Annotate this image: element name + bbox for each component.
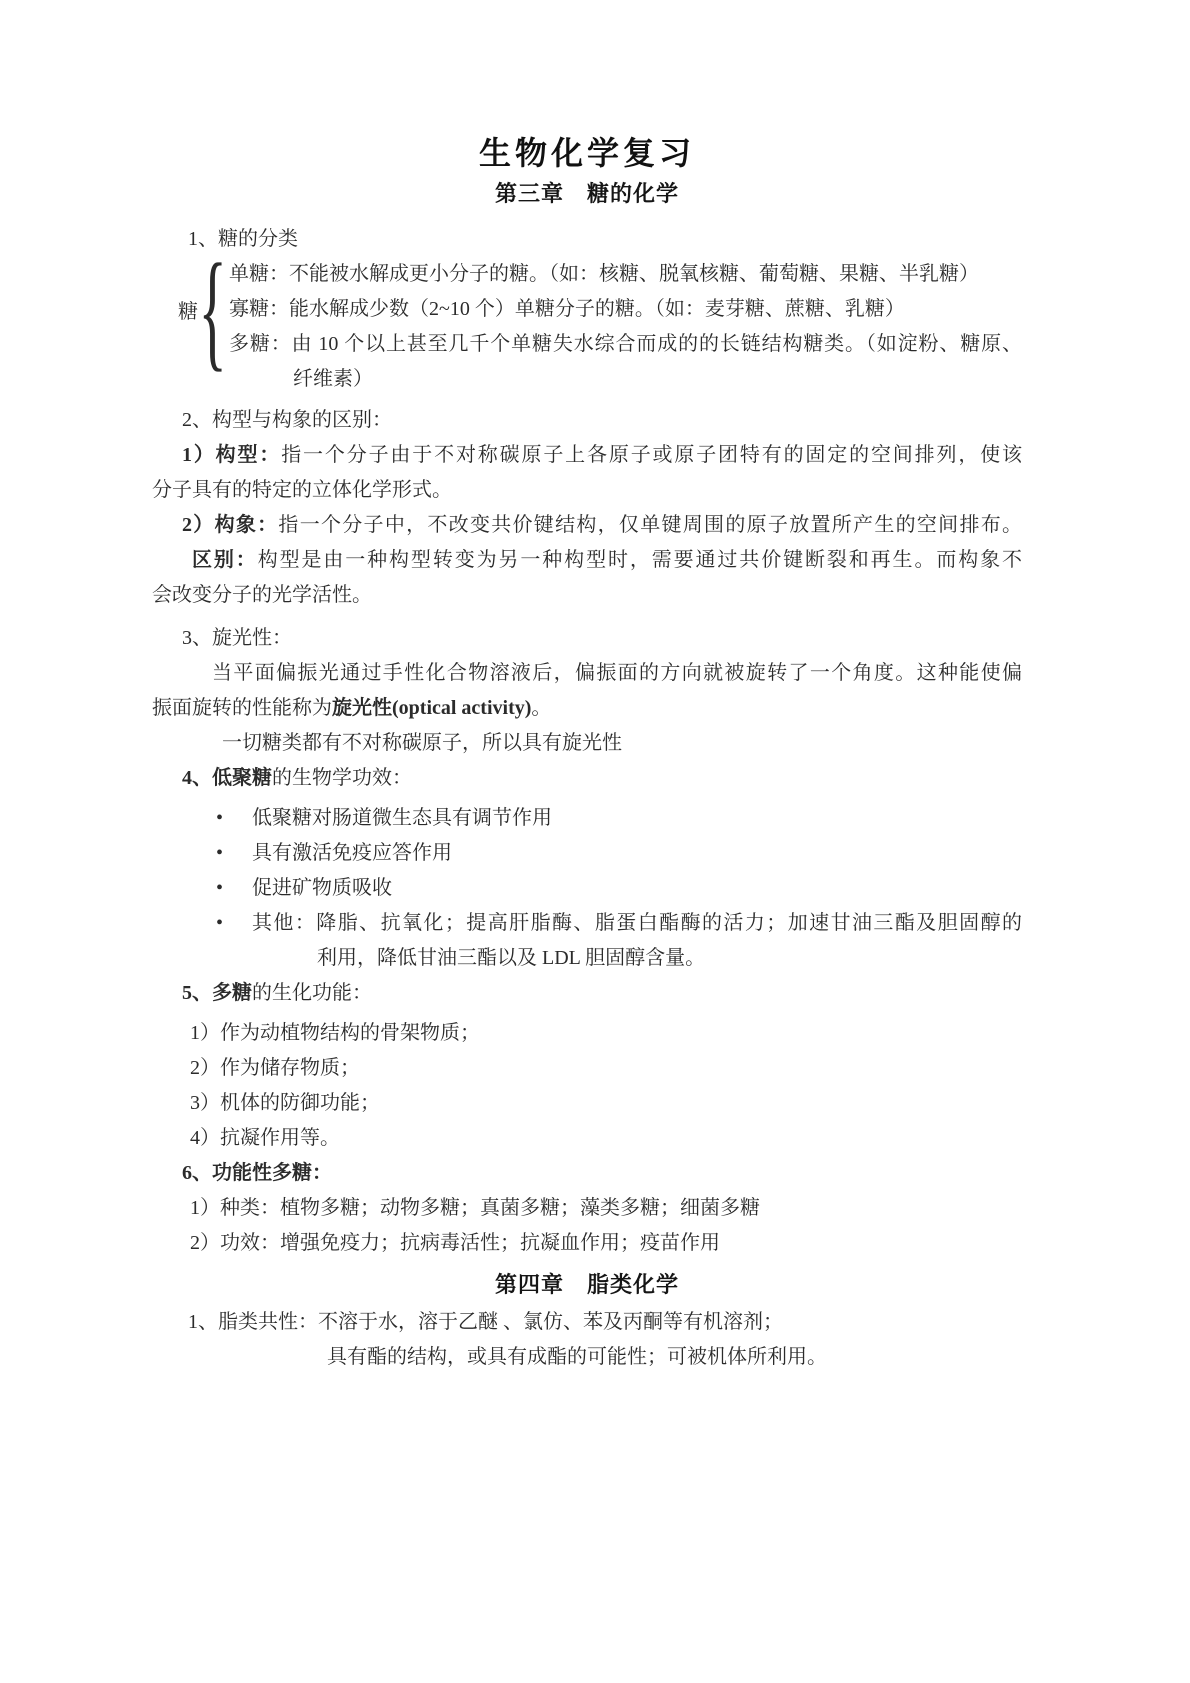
optical-rotation-pre: 振面旋转的性能称为 bbox=[152, 697, 332, 719]
optical-activity-term: 旋光性(optical activity) bbox=[332, 697, 531, 719]
list-item-monosaccharide: 单糖：不能被水解成更小分子的糖。（如：核糖、脱氧核糖、葡萄糖、果糖、半乳糖） bbox=[229, 257, 1022, 292]
section-6-heading: 6、功能性多糖： bbox=[182, 1156, 1022, 1191]
configuration-text: 指一个分子由于不对称碳原子上各原子或原子团特有的固定的空间排列，使该 bbox=[281, 444, 1022, 466]
list-item-polysaccharide-cont: 纤维素） bbox=[293, 362, 1022, 397]
brace-group-label: 糖 bbox=[178, 295, 200, 324]
list-item-polysaccharide: 多糖：由 10 个以上甚至几千个单糖失水综合而成的的长链结构糖类。（如淀粉、糖原… bbox=[229, 327, 1022, 362]
bullet-text-3: 促进矿物质吸收 bbox=[252, 871, 1022, 906]
configuration-definition-line1: 1）构型：指一个分子由于不对称碳原子上各原子或原子团特有的固定的空间排列，使该 bbox=[152, 438, 1022, 473]
document-page: 生物化学复习 第三章 糖的化学 1、糖的分类 糖 { 单糖：不能被水解成更小分子… bbox=[0, 0, 1190, 1683]
functional-polysaccharide-term: 功能性多糖： bbox=[212, 1162, 332, 1184]
lipid-text-1: 不溶于水，溶于乙醚 、氯仿、苯及丙酮等有机溶剂； bbox=[318, 1311, 783, 1333]
optical-rotation-paragraph-line1: 当平面偏振光通过手性化合物溶液后，偏振面的方向就被旋转了一个角度。这种能使偏 bbox=[152, 656, 1022, 691]
section-5-item-2: 2）作为储存物质； bbox=[190, 1051, 1022, 1086]
bullet-text-4-cont: 利用，降低甘油三酯以及 LDL 胆固醇含量。 bbox=[317, 941, 1022, 976]
section-5-heading: 5、多糖的生化功能： bbox=[182, 976, 1022, 1011]
configuration-definition-line2: 分子具有的特定的立体化学形式。 bbox=[152, 473, 1022, 508]
sugar-classification-brace-group: 糖 { 单糖：不能被水解成更小分子的糖。（如：核糖、脱氧核糖、葡萄糖、果糖、半乳… bbox=[152, 257, 1022, 362]
optical-rotation-note: 一切糖类都有不对称碳原子，所以具有旋光性 bbox=[222, 726, 1022, 761]
chapter-4-heading: 第四章 脂类化学 bbox=[152, 1265, 1022, 1305]
oligosaccharide-term: 低聚糖 bbox=[212, 767, 272, 789]
section-1-heading: 1、糖的分类 bbox=[188, 222, 1022, 257]
section-5-item-4: 4）抗凝作用等。 bbox=[190, 1121, 1022, 1156]
section-4-heading: 4、低聚糖的生物学功效： bbox=[182, 761, 1022, 796]
difference-line2: 会改变分子的光学活性。 bbox=[152, 578, 1022, 613]
bullet-text-2: 具有激活免疫应答作用 bbox=[252, 836, 1022, 871]
document-content: 生物化学复习 第三章 糖的化学 1、糖的分类 糖 { 单糖：不能被水解成更小分子… bbox=[0, 0, 1190, 1375]
difference-term: 区别： bbox=[192, 549, 258, 571]
conformation-term: 2）构象： bbox=[182, 514, 278, 536]
section-6-item-1: 1）种类：植物多糖；动物多糖；真菌多糖；藻类多糖；细菌多糖 bbox=[190, 1191, 1022, 1226]
bullet-text-4: 其他：降脂、抗氧化；提高肝脂酶、脂蛋白酯酶的活力；加速甘油三酯及胆固醇的 bbox=[252, 906, 1022, 941]
section-3-heading: 3、旋光性： bbox=[182, 621, 1022, 656]
bullet-icon: • bbox=[216, 871, 252, 906]
bullet-item-3: • 促进矿物质吸收 bbox=[216, 871, 1022, 906]
bullet-icon: • bbox=[216, 906, 252, 941]
lipid-common-properties-line2: 具有酯的结构，或具有成酯的可能性；可被机体所利用。 bbox=[327, 1340, 1022, 1375]
section-5-item-3: 3）机体的防御功能； bbox=[190, 1086, 1022, 1121]
bullet-icon: • bbox=[216, 836, 252, 871]
chapter-3-heading: 第三章 糖的化学 bbox=[152, 178, 1022, 210]
section-4-heading-rest: 的生物学功效： bbox=[272, 767, 412, 789]
bullet-icon: • bbox=[216, 801, 252, 836]
document-title: 生物化学复习 bbox=[152, 130, 1022, 176]
conformation-definition: 2）构象：指一个分子中，不改变共价键结构，仅单键周围的原子放置所产生的空间排布。 bbox=[152, 508, 1022, 543]
section-6-number: 6、 bbox=[182, 1162, 212, 1184]
section-5-heading-rest: 的生化功能： bbox=[252, 982, 372, 1004]
sugar-type-list: 单糖：不能被水解成更小分子的糖。（如：核糖、脱氧核糖、葡萄糖、果糖、半乳糖） 寡… bbox=[229, 257, 1022, 362]
bullet-item-4: • 其他：降脂、抗氧化；提高肝脂酶、脂蛋白酯酶的活力；加速甘油三酯及胆固醇的 bbox=[216, 906, 1022, 941]
difference-text: 构型是由一种构型转变为另一种构型时，需要通过共价键断裂和再生。而构象不 bbox=[258, 549, 1022, 571]
bullet-item-1: • 低聚糖对肠道微生态具有调节作用 bbox=[216, 801, 1022, 836]
lipid-common-properties-line1: 1、脂类共性：不溶于水，溶于乙醚 、氯仿、苯及丙酮等有机溶剂； bbox=[188, 1305, 1022, 1340]
bullet-text-1: 低聚糖对肠道微生态具有调节作用 bbox=[252, 801, 1022, 836]
section-4-number: 4、 bbox=[182, 767, 212, 789]
section-5-number: 5、 bbox=[182, 982, 212, 1004]
curly-brace-icon: { bbox=[200, 257, 226, 362]
section-6-item-2: 2）功效：增强免疫力；抗病毒活性；抗凝血作用；疫苗作用 bbox=[190, 1226, 1022, 1261]
conformation-text: 指一个分子中，不改变共价键结构，仅单键周围的原子放置所产生的空间排布。 bbox=[278, 514, 1022, 536]
polysaccharide-term: 多糖 bbox=[212, 982, 252, 1004]
bullet-item-2: • 具有激活免疫应答作用 bbox=[216, 836, 1022, 871]
section-5-item-1: 1）作为动植物结构的骨架物质； bbox=[190, 1016, 1022, 1051]
optical-rotation-post: 。 bbox=[531, 697, 551, 719]
section-2-heading: 2、构型与构象的区别： bbox=[182, 403, 1022, 438]
lipid-term: 1、脂类共性： bbox=[188, 1311, 318, 1333]
list-item-oligosaccharide: 寡糖：能水解成少数（2~10 个）单糖分子的糖。（如：麦芽糖、蔗糖、乳糖） bbox=[229, 292, 1022, 327]
configuration-term: 1）构型： bbox=[182, 444, 281, 466]
optical-rotation-paragraph-line2: 振面旋转的性能称为旋光性(optical activity)。 bbox=[152, 691, 1022, 726]
difference-line1: 区别：构型是由一种构型转变为另一种构型时，需要通过共价键断裂和再生。而构象不 bbox=[152, 543, 1022, 578]
